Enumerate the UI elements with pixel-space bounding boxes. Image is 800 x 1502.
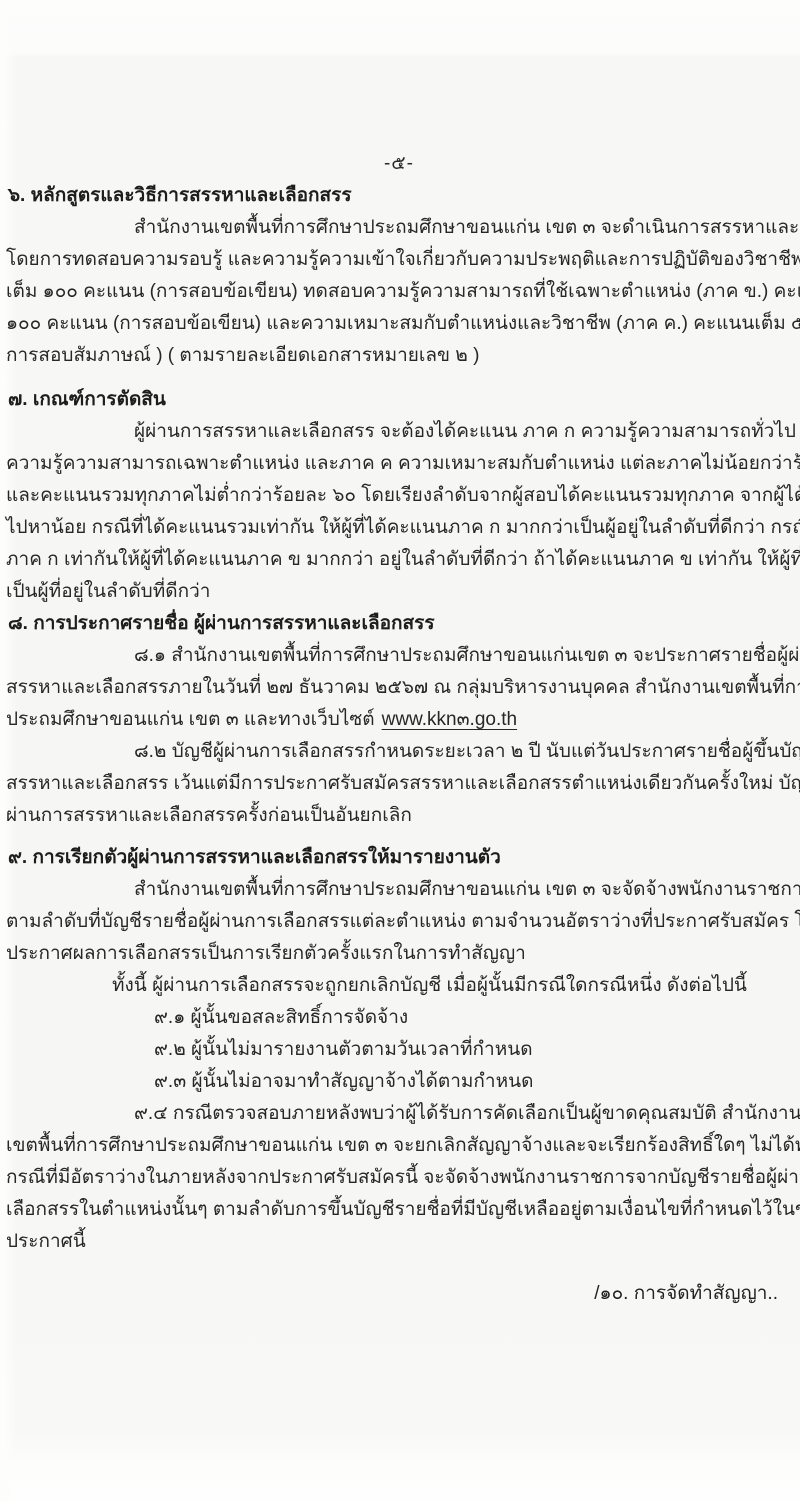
text: ๘.๑ สำนักงานเขตพื้นที่การศึกษาประถมศึกษา… bbox=[134, 645, 800, 666]
text: ๘. การประกาศรายชื่อ ผู้ผ่านการสรรหาและเล… bbox=[8, 613, 435, 634]
text-line: ประกาศนี้ bbox=[6, 1226, 792, 1258]
website-link: www.kkn๓.go.th bbox=[375, 709, 518, 730]
text-line: สรรหาและเลือกสรรภายในวันที่ ๒๗ ธันวาคม ๒… bbox=[6, 672, 792, 704]
text: ๖. หลักสูตรและวิธีการสรรหาและเลือกสรร bbox=[8, 185, 352, 206]
text-line: ๘.๑ สำนักงานเขตพื้นที่การศึกษาประถมศึกษา… bbox=[6, 640, 792, 672]
document-body: -๕-๖. หลักสูตรและวิธีการสรรหาและเลือกสรร… bbox=[0, 0, 800, 1310]
text-line: เต็ม ๑๐๐ คะแนน (การสอบข้อเขียน) ทดสอบควา… bbox=[6, 276, 792, 308]
text-line: การสอบสัมภาษณ์ ) ( ตามรายละเอียดเอกสารหม… bbox=[6, 340, 792, 372]
text: สรรหาและเลือกสรร เว้นแต่มีการประกาศรับสม… bbox=[6, 773, 800, 794]
text: สำนักงานเขตพื้นที่การศึกษาประถมศึกษาขอนแ… bbox=[134, 879, 800, 900]
list-item-line: ๙.๓ ผู้นั้นไม่อาจมาทำสัญญาจ้างได้ตามกำหน… bbox=[6, 1066, 792, 1098]
text: ๘.๒ บัญชีผู้ผ่านการเลือกสรรกำหนดระยะเวลา… bbox=[134, 741, 800, 762]
text: ๙.๓ ผู้นั้นไม่อาจมาทำสัญญาจ้างได้ตามกำหน… bbox=[154, 1071, 533, 1092]
text: ๑๐๐ คะแนน (การสอบข้อเขียน) และความเหมาะส… bbox=[6, 313, 800, 334]
text-line: ๑๐๐ คะแนน (การสอบข้อเขียน) และความเหมาะส… bbox=[6, 308, 792, 340]
text: ตามลำดับที่บัญชีรายชื่อผู้ผ่านการเลือกสร… bbox=[6, 911, 800, 932]
list-item-line: ๙.๑ ผู้นั้นขอสละสิทธิ์การจัดจ้าง bbox=[6, 1002, 792, 1034]
text: ผู้ผ่านการสรรหาและเลือกสรร จะต้องได้คะแน… bbox=[134, 421, 800, 442]
text: สำนักงานเขตพื้นที่การศึกษาประถมศึกษาขอนแ… bbox=[134, 217, 800, 238]
text-line: ผู้ผ่านการสรรหาและเลือกสรร จะต้องได้คะแน… bbox=[6, 416, 792, 448]
text: ๙. การเรียกตัวผู้ผ่านการสรรหาและเลือกสรร… bbox=[8, 847, 501, 868]
text-line: เลือกสรรในตำแหน่งนั้นๆ ตามลำดับการขึ้นบั… bbox=[6, 1194, 792, 1226]
continuation-note: /๑๐. การจัดทำสัญญา.. bbox=[6, 1278, 792, 1310]
text: ทั้งนี้ ผู้ผ่านการเลือกสรรจะถูกยกเลิกบัญ… bbox=[112, 975, 747, 996]
text: ๙.๔ กรณีตรวจสอบภายหลังพบว่าผู้ได้รับการค… bbox=[134, 1103, 800, 1124]
text-line: ทั้งนี้ ผู้ผ่านการเลือกสรรจะถูกยกเลิกบัญ… bbox=[6, 970, 792, 1002]
scanned-document-page: -๕-๖. หลักสูตรและวิธีการสรรหาและเลือกสรร… bbox=[0, 0, 800, 1502]
text-line: โดยการทดสอบความรอบรู้ และความรู้ความเข้า… bbox=[6, 244, 792, 276]
text-line: สรรหาและเลือกสรร เว้นแต่มีการประกาศรับสม… bbox=[6, 768, 792, 800]
text-line: สำนักงานเขตพื้นที่การศึกษาประถมศึกษาขอนแ… bbox=[6, 212, 792, 244]
text: เป็นผู้ที่อยู่ในลำดับที่ดีกว่า bbox=[6, 581, 210, 602]
text-line: ตามลำดับที่บัญชีรายชื่อผู้ผ่านการเลือกสร… bbox=[6, 906, 792, 938]
section-heading: ๗. เกณฑ์การตัดสิน bbox=[6, 384, 792, 416]
text-line: ภาค ก เท่ากันให้ผู้ที่ได้คะแนนภาค ข มากก… bbox=[6, 544, 792, 576]
text: ภาค ก เท่ากันให้ผู้ที่ได้คะแนนภาค ข มากก… bbox=[6, 549, 800, 570]
text: และคะแนนรวมทุกภาคไม่ต่ำกว่าร้อยละ ๖๐ โดย… bbox=[6, 485, 800, 506]
text: สรรหาและเลือกสรรภายในวันที่ ๒๗ ธันวาคม ๒… bbox=[6, 677, 800, 698]
text-line: เป็นผู้ที่อยู่ในลำดับที่ดีกว่า bbox=[6, 576, 792, 608]
text-line: ๙.๔ กรณีตรวจสอบภายหลังพบว่าผู้ได้รับการค… bbox=[6, 1098, 792, 1130]
section-heading: ๙. การเรียกตัวผู้ผ่านการสรรหาและเลือกสรร… bbox=[6, 842, 792, 874]
text: ๗. เกณฑ์การตัดสิน bbox=[8, 389, 166, 410]
text: ประถมศึกษาขอนแก่น เขต ๓ และทางเว็บไซต์ bbox=[6, 709, 375, 730]
text-line: เขตพื้นที่การศึกษาประถมศึกษาขอนแก่น เขต … bbox=[6, 1130, 792, 1162]
text: ประกาศผลการเลือกสรรเป็นการเรียกตัวครั้งแ… bbox=[6, 943, 526, 964]
text: -๕- bbox=[384, 153, 414, 174]
text: เต็ม ๑๐๐ คะแนน (การสอบข้อเขียน) ทดสอบควา… bbox=[6, 281, 800, 302]
text: กรณีที่มีอัตราว่างในภายหลังจากประกาศรับส… bbox=[6, 1167, 800, 1188]
text: โดยการทดสอบความรอบรู้ และความรู้ความเข้า… bbox=[6, 249, 800, 270]
list-item-line: ๙.๒ ผู้นั้นไม่มารายงานตัวตามวันเวลาที่กำ… bbox=[6, 1034, 792, 1066]
text-line: กรณีที่มีอัตราว่างในภายหลังจากประกาศรับส… bbox=[6, 1162, 792, 1194]
text-line: ประกาศผลการเลือกสรรเป็นการเรียกตัวครั้งแ… bbox=[6, 938, 792, 970]
text: ๙.๑ ผู้นั้นขอสละสิทธิ์การจัดจ้าง bbox=[154, 1007, 408, 1028]
text: /๑๐. การจัดทำสัญญา.. bbox=[594, 1283, 778, 1304]
text-line: ไปหาน้อย กรณีที่ได้คะแนนรวมเท่ากัน ให้ผู… bbox=[6, 512, 792, 544]
text-line: ความรู้ความสามารถเฉพาะตำแหน่ง และภาค ค ค… bbox=[6, 448, 792, 480]
text-line: และคะแนนรวมทุกภาคไม่ต่ำกว่าร้อยละ ๖๐ โดย… bbox=[6, 480, 792, 512]
text: ประกาศนี้ bbox=[6, 1231, 86, 1252]
text-line: ประถมศึกษาขอนแก่น เขต ๓ และทางเว็บไซต์ww… bbox=[6, 704, 792, 736]
text: ผ่านการสรรหาและเลือกสรรครั้งก่อนเป็นอันย… bbox=[6, 805, 412, 826]
text-line: สำนักงานเขตพื้นที่การศึกษาประถมศึกษาขอนแ… bbox=[6, 874, 792, 906]
text: เขตพื้นที่การศึกษาประถมศึกษาขอนแก่น เขต … bbox=[6, 1135, 800, 1156]
text: เลือกสรรในตำแหน่งนั้นๆ ตามลำดับการขึ้นบั… bbox=[6, 1199, 800, 1220]
text: ไปหาน้อย กรณีที่ได้คะแนนรวมเท่ากัน ให้ผู… bbox=[6, 517, 800, 538]
text: ความรู้ความสามารถเฉพาะตำแหน่ง และภาค ค ค… bbox=[6, 453, 800, 474]
text-line: ผ่านการสรรหาและเลือกสรรครั้งก่อนเป็นอันย… bbox=[6, 800, 792, 832]
text: การสอบสัมภาษณ์ ) ( ตามรายละเอียดเอกสารหม… bbox=[6, 345, 479, 366]
section-heading: ๘. การประกาศรายชื่อ ผู้ผ่านการสรรหาและเล… bbox=[6, 608, 792, 640]
page-number: -๕- bbox=[6, 148, 792, 180]
text-line: ๘.๒ บัญชีผู้ผ่านการเลือกสรรกำหนดระยะเวลา… bbox=[6, 736, 792, 768]
text: ๙.๒ ผู้นั้นไม่มารายงานตัวตามวันเวลาที่กำ… bbox=[154, 1039, 533, 1060]
section-heading: ๖. หลักสูตรและวิธีการสรรหาและเลือกสรร bbox=[6, 180, 792, 212]
